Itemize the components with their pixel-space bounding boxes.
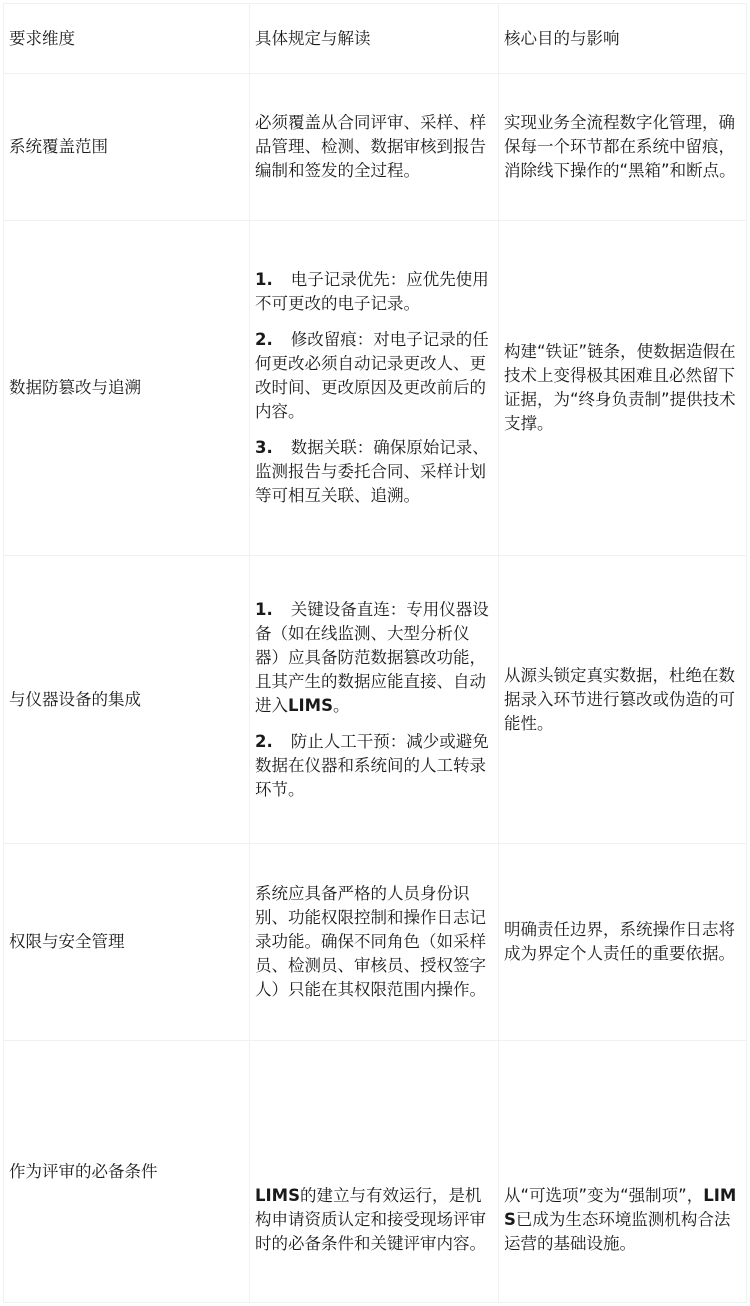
purpose-text: 已成为生态环境监测机构合法运营的基础设施。 [504,1210,730,1253]
rule-item: 3.数据关联：确保原始记录、监测报告与委托合同、采样计划等可相互关联、追溯。 [255,436,493,508]
header-purpose: 核心目的与影响 [499,4,747,74]
cell-rules: LIMS的建立与有效运行，是机构申请资质认定和接受现场评审时的必备条件和关键评审… [250,1041,499,1303]
rule-lims-term: LIMS [288,696,333,715]
cell-purpose: 从“可选项”变为“强制项”，LIMS已成为生态环境监测机构合法运营的基础设施。 [499,1041,747,1303]
rule-item: 1.关键设备直连：专用仪器设备（如在线监测、大型分析仪器）应具备防范数据篡改功能… [255,598,493,718]
cell-dimension: 作为评审的必备条件 [4,1041,250,1303]
rule-text: 必须覆盖从合同评审、采样、样品管理、检测、数据审核到报告编制和签发的全过程。 [255,111,493,183]
table-row: 与仪器设备的集成 1.关键设备直连：专用仪器设备（如在线监测、大型分析仪器）应具… [4,556,747,844]
rule-text-tail: 。 [333,696,350,715]
header-rules: 具体规定与解读 [250,4,499,74]
cell-dimension: 与仪器设备的集成 [4,556,250,844]
cell-purpose: 构建“铁证”链条，使数据造假在技术上变得极其困难且必然留下证据，为“终身负责制”… [499,221,747,556]
rule-lims-term: LIMS [255,1186,300,1205]
cell-rules: 1.电子记录优先：应优先使用不可更改的电子记录。 2.修改留痕：对电子记录的任何… [250,221,499,556]
table-row: 系统覆盖范围 必须覆盖从合同评审、采样、样品管理、检测、数据审核到报告编制和签发… [4,74,747,221]
cell-dimension: 权限与安全管理 [4,844,250,1041]
cell-purpose: 从源头锁定真实数据，杜绝在数据录入环节进行篡改或伪造的可能性。 [499,556,747,844]
rule-text: 修改留痕：对电子记录的任何更改必须自动记录更改人、更改时间、更改原因及更改前后的… [255,330,489,421]
rule-text: 系统应具备严格的人员身份识别、功能权限控制和操作日志记录功能。确保不同角色（如采… [255,882,493,1002]
cell-rules: 必须覆盖从合同评审、采样、样品管理、检测、数据审核到报告编制和签发的全过程。 [250,74,499,221]
rule-number: 1. [255,600,273,619]
table-row: 数据防篡改与追溯 1.电子记录优先：应优先使用不可更改的电子记录。 2.修改留痕… [4,221,747,556]
table-row: 权限与安全管理 系统应具备严格的人员身份识别、功能权限控制和操作日志记录功能。确… [4,844,747,1041]
cell-purpose: 明确责任边界，系统操作日志将成为界定个人责任的重要依据。 [499,844,747,1041]
table-header-row: 要求维度 具体规定与解读 核心目的与影响 [4,4,747,74]
rule-text: 数据关联：确保原始记录、监测报告与委托合同、采样计划等可相互关联、追溯。 [255,438,489,505]
header-dimension: 要求维度 [4,4,250,74]
rule-number: 2. [255,330,273,349]
cell-rules: 1.关键设备直连：专用仪器设备（如在线监测、大型分析仪器）应具备防范数据篡改功能… [250,556,499,844]
rule-item: 2.防止人工干预：减少或避免数据在仪器和系统间的人工转录环节。 [255,730,493,802]
cell-dimension: 数据防篡改与追溯 [4,221,250,556]
purpose-text-head: 从“可选项”变为“强制项”， [504,1186,703,1205]
cell-dimension: 系统覆盖范围 [4,74,250,221]
rule-number: 1. [255,270,273,289]
cell-purpose: 实现业务全流程数字化管理，确保每一个环节都在系统中留痕，消除线下操作的“黑箱”和… [499,74,747,221]
rule-text: 防止人工干预：减少或避免数据在仪器和系统间的人工转录环节。 [255,732,489,799]
requirements-table: 要求维度 具体规定与解读 核心目的与影响 系统覆盖范围 必须覆盖从合同评审、采样… [3,3,747,1303]
cell-rules: 系统应具备严格的人员身份识别、功能权限控制和操作日志记录功能。确保不同角色（如采… [250,844,499,1041]
rule-item: 1.电子记录优先：应优先使用不可更改的电子记录。 [255,268,493,316]
rule-number: 3. [255,438,273,457]
rule-text: 电子记录优先：应优先使用不可更改的电子记录。 [255,270,489,313]
table-row: 作为评审的必备条件 LIMS的建立与有效运行，是机构申请资质认定和接受现场评审时… [4,1041,747,1303]
rule-number: 2. [255,732,273,751]
rule-item: 2.修改留痕：对电子记录的任何更改必须自动记录更改人、更改时间、更改原因及更改前… [255,328,493,424]
